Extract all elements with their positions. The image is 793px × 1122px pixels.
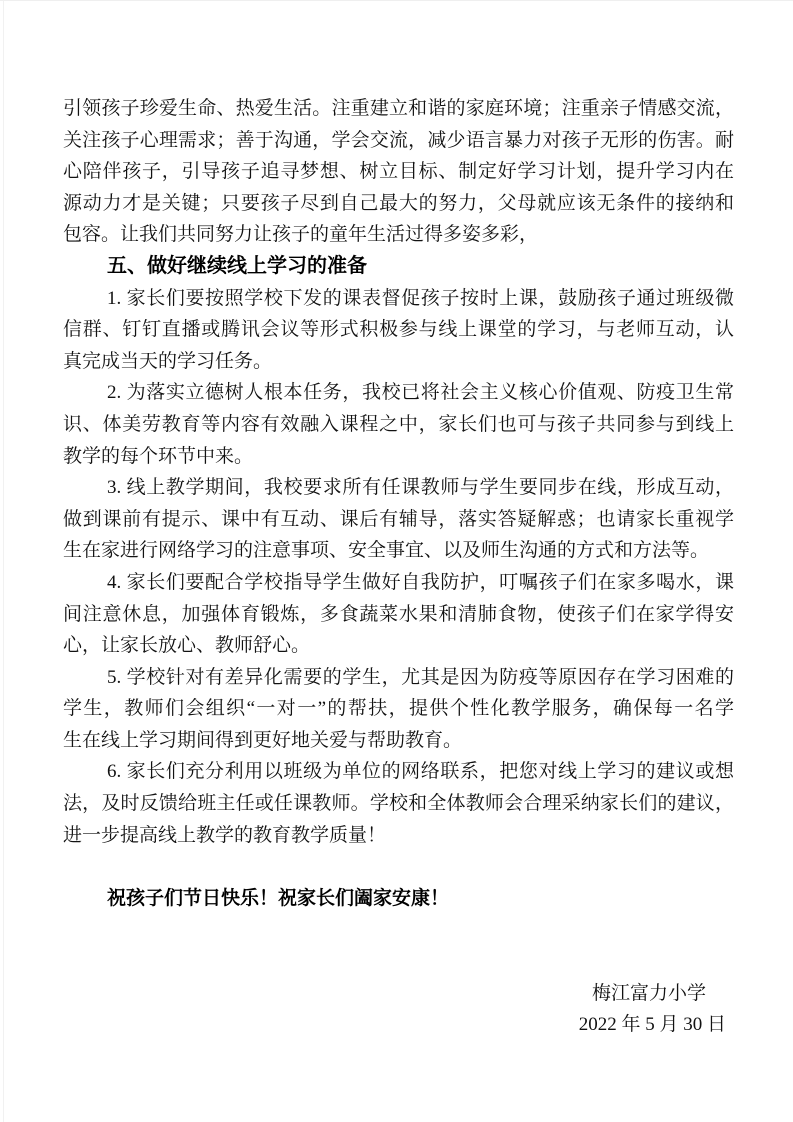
- text-line: 心，让家长放心、教师舒心。: [63, 630, 734, 662]
- text-line: 信群、钉钉直播或腾讯会议等形式积极参与线上课堂的学习，与老师互动，认: [63, 314, 734, 346]
- text-line: 关注孩子心理需求；善于沟通，学会交流，减少语言暴力对孩子无形的伤害。耐: [63, 125, 734, 157]
- section-heading: 五、做好继续线上学习的准备: [63, 251, 734, 283]
- paragraph: 3. 线上教学期间，我校要求所有任课教师与学生要同步在线，形成互动，做到课前有提…: [63, 472, 734, 567]
- text-line: 5. 学校针对有差异化需要的学生，尤其是因为防疫等原因存在学习困难的: [63, 662, 734, 694]
- text-line: 生在家进行网络学习的注意事项、安全事宜、以及师生沟通的方式和方法等。: [63, 535, 734, 567]
- text-line: 心陪伴孩子，引导孩子追寻梦想、树立目标、制定好学习计划，提升学习内在: [63, 156, 734, 188]
- document-body: 引领孩子珍爱生命、热爱生活。注重建立和谐的家庭环境；注重亲子情感交流，关注孩子心…: [63, 93, 734, 1041]
- text-line: 识、体美劳教育等内容有效融入课程之中，家长们也可与孩子共同参与到线上: [63, 409, 734, 441]
- text-line: 真完成当天的学习任务。: [63, 346, 734, 378]
- paragraph: 1. 家长们要按照学校下发的课表督促孩子按时上课，鼓励孩子通过班级微信群、钉钉直…: [63, 283, 734, 378]
- document-page: 引领孩子珍爱生命、热爱生活。注重建立和谐的家庭环境；注重亲子情感交流，关注孩子心…: [0, 0, 793, 1122]
- text-line: 进一步提高线上教学的教育教学质量！: [63, 820, 734, 852]
- text-line: 引领孩子珍爱生命、热爱生活。注重建立和谐的家庭环境；注重亲子情感交流，: [63, 93, 734, 125]
- text-line: 包容。让我们共同努力让孩子的童年生活过得多姿多彩，: [63, 219, 734, 251]
- paragraph-continuation: 引领孩子珍爱生命、热爱生活。注重建立和谐的家庭环境；注重亲子情感交流，关注孩子心…: [63, 93, 734, 251]
- text-line: 源动力才是关键；只要孩子尽到自己最大的努力，父母就应该无条件的接纳和: [63, 188, 734, 220]
- paragraph: 5. 学校针对有差异化需要的学生，尤其是因为防疫等原因存在学习困难的学生，教师们…: [63, 662, 734, 757]
- text-line: 教学的每个环节中来。: [63, 441, 734, 473]
- signature-school: 梅江富力小学: [63, 978, 734, 1010]
- text-line: 2. 为落实立德树人根本任务，我校已将社会主义核心价值观、防疫卫生常: [63, 377, 734, 409]
- page-edge-line: [3, 1, 4, 1122]
- paragraph: 4. 家长们要配合学校指导学生做好自我防护，叮嘱孩子们在家多喝水，课间注意休息，…: [63, 567, 734, 662]
- text-line: 法，及时反馈给班主任或任课教师。学校和全体教师会合理采纳家长们的建议，: [63, 788, 734, 820]
- paragraph: 2. 为落实立德树人根本任务，我校已将社会主义核心价值观、防疫卫生常识、体美劳教…: [63, 377, 734, 472]
- signature-date: 2022 年 5 月 30 日: [63, 1009, 734, 1041]
- closing-wish: 祝孩子们节日快乐！祝家长们阖家安康！: [63, 883, 734, 915]
- text-line: 1. 家长们要按照学校下发的课表督促孩子按时上课，鼓励孩子通过班级微: [63, 283, 734, 315]
- paragraph: 6. 家长们充分利用以班级为单位的网络联系，把您对线上学习的建议或想法，及时反馈…: [63, 756, 734, 851]
- text-line: 间注意休息，加强体育锻炼，多食蔬菜水果和清肺食物，使孩子们在家学得安: [63, 599, 734, 631]
- text-line: 3. 线上教学期间，我校要求所有任课教师与学生要同步在线，形成互动，: [63, 472, 734, 504]
- text-line: 6. 家长们充分利用以班级为单位的网络联系，把您对线上学习的建议或想: [63, 756, 734, 788]
- text-line: 生在线上学习期间得到更好地关爱与帮助教育。: [63, 725, 734, 757]
- text-line: 4. 家长们要配合学校指导学生做好自我防护，叮嘱孩子们在家多喝水，课: [63, 567, 734, 599]
- text-line: 做到课前有提示、课中有互动、课后有辅导，落实答疑解惑；也请家长重视学: [63, 504, 734, 536]
- text-line: 学生，教师们会组织“一对一”的帮扶，提供个性化教学服务，确保每一名学: [63, 693, 734, 725]
